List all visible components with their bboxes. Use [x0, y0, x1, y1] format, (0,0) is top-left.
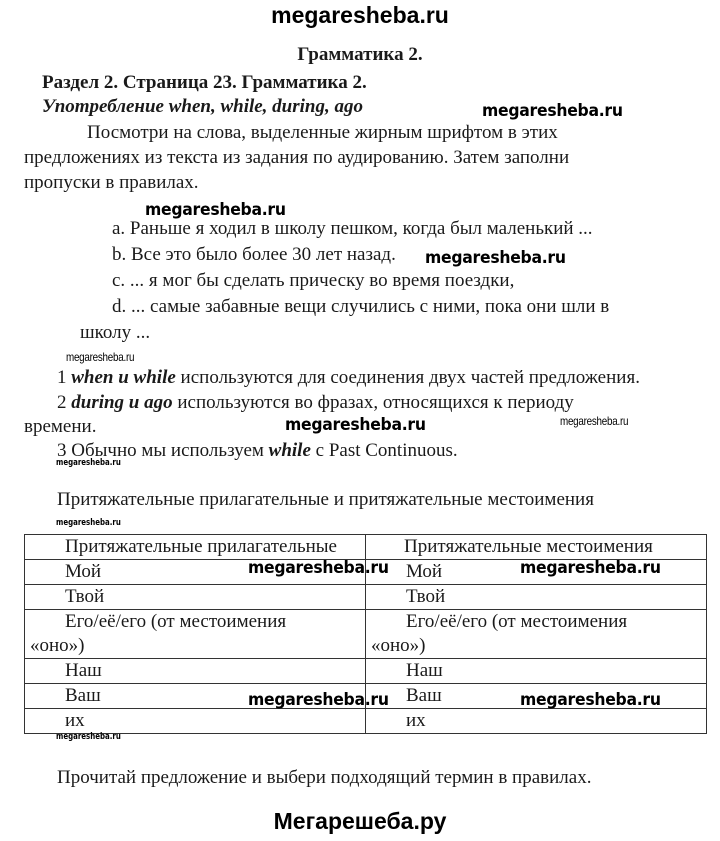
- watermark: megaresheba.ru: [520, 690, 661, 710]
- watermark-bottom: Мегарешеба.ру: [0, 808, 720, 835]
- watermark: megaresheba.ru: [520, 558, 661, 578]
- watermark: megaresheba.ru: [285, 415, 426, 435]
- watermark: megaresheba.ru: [56, 518, 121, 528]
- watermark: megaresheba.ru: [66, 350, 134, 364]
- intro-line: Посмотри на слова, выделенные жирным шри…: [87, 120, 558, 145]
- watermark: megaresheba.ru: [248, 558, 389, 578]
- example-a: a. Раньше я ходил в школу пешком, когда …: [112, 216, 593, 241]
- watermark-top: megaresheba.ru: [0, 2, 720, 29]
- section-heading: Раздел 2. Страница 23. Грамматика 2.: [42, 72, 367, 94]
- intro-line: пропуски в правилах.: [24, 170, 199, 195]
- cell: их: [25, 709, 361, 733]
- cell: Твой: [366, 585, 702, 609]
- header-adjectives: Притяжательные прилагательные: [25, 535, 361, 559]
- subtitle: Употребление when, while, during, ago: [42, 96, 363, 118]
- watermark: megaresheba.ru: [248, 690, 389, 710]
- table-caption: Притяжательные прилагательные и притяжат…: [57, 487, 594, 512]
- rule-2: 2 during и ago используются во фразах, о…: [57, 390, 574, 415]
- table-row: Твой Твой: [25, 585, 707, 610]
- watermark: megaresheba.ru: [56, 458, 121, 468]
- example-d-cont: школу ...: [80, 320, 150, 345]
- example-b: b. Все это было более 30 лет назад.: [112, 242, 396, 267]
- watermark: megaresheba.ru: [482, 101, 623, 121]
- page-title: Грамматика 2.: [0, 44, 720, 66]
- footer-instruction: Прочитай предложение и выбери подходящий…: [57, 765, 591, 790]
- watermark: megaresheba.ru: [560, 414, 628, 428]
- table-row: Его/её/его (от местоимения«оно») Его/её/…: [25, 610, 707, 659]
- intro-line: предложениях из текста из задания по ауд…: [24, 145, 569, 170]
- header-pronouns: Притяжательные местоимения: [366, 535, 702, 559]
- watermark: megaresheba.ru: [56, 732, 121, 742]
- watermark: megaresheba.ru: [425, 248, 566, 268]
- cell-cont: «оно»): [25, 634, 361, 658]
- cell: Твой: [25, 585, 361, 609]
- cell: Его/её/его (от местоимения: [366, 610, 702, 634]
- table-row: их их: [25, 709, 707, 734]
- table-header-row: Притяжательные прилагательные Притяжател…: [25, 535, 707, 560]
- cell: Наш: [25, 659, 361, 683]
- cell: Его/её/его (от местоимения: [25, 610, 361, 634]
- table-row: Наш Наш: [25, 659, 707, 684]
- rule-1: 1 when и while используются для соединен…: [57, 365, 640, 390]
- cell: Наш: [366, 659, 702, 683]
- cell-cont: «оно»): [366, 634, 702, 658]
- cell: их: [366, 709, 702, 733]
- rule-2-cont: времени.: [24, 414, 96, 439]
- example-c: c. ... я мог бы сделать прическу во врем…: [112, 268, 514, 293]
- example-d: d. ... самые забавные вещи случились с н…: [112, 294, 609, 319]
